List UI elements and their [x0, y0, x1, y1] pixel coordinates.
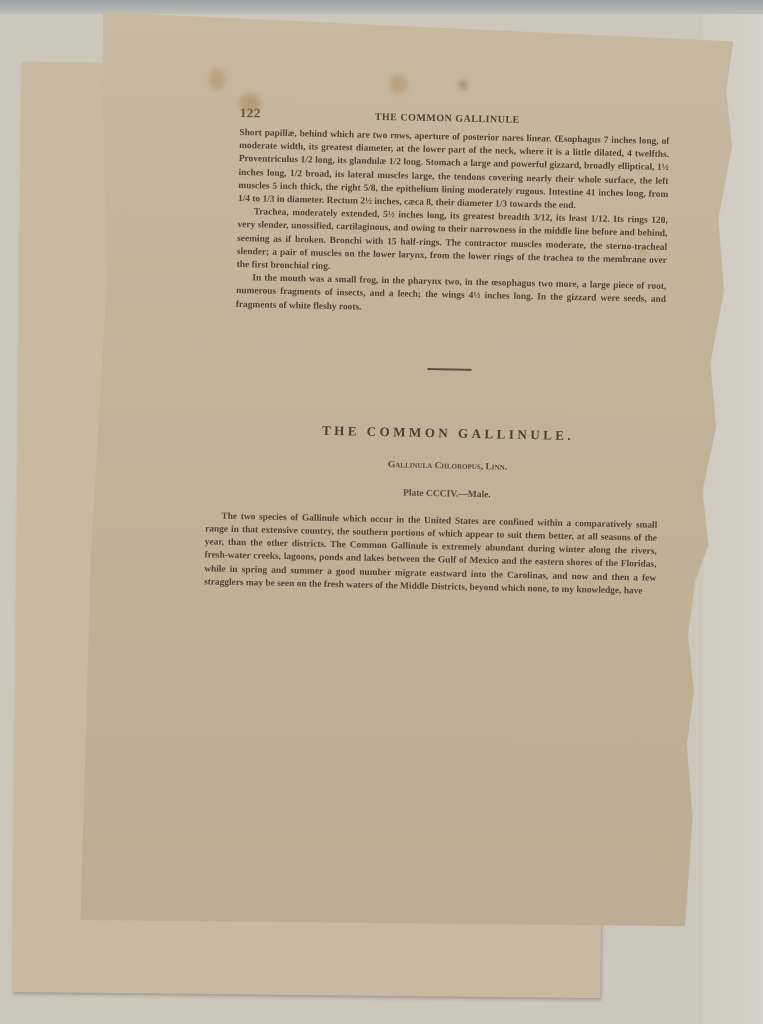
section-divider-rule — [427, 368, 471, 371]
running-title: The Common Gallinule — [375, 112, 520, 126]
foxing-stain — [389, 75, 407, 93]
foxing-stain — [459, 81, 467, 89]
page-number: 122 — [240, 105, 261, 121]
plate-reference: Plate CCCIV.—Male. — [232, 485, 662, 504]
paragraph-stomach-contents: In the mouth was a small frog, in the ph… — [236, 272, 667, 321]
section-title: The Common Gallinule. — [233, 421, 663, 446]
paragraph-anatomy-digestive: Short papillæ, behind which are two rows… — [238, 127, 670, 215]
paragraph-range-description: The two species of Gallinule which occur… — [204, 510, 658, 599]
printed-page: 122 The Common Gallinule Short papillæ, … — [230, 105, 670, 599]
paragraph-anatomy-trachea: Trachea, moderately extended, 5½ inches … — [236, 206, 667, 281]
backdrop-top-edge — [0, 0, 763, 14]
foxing-stain — [209, 68, 225, 90]
scientific-name: Gallinula Chloropus, Linn. — [232, 457, 662, 476]
